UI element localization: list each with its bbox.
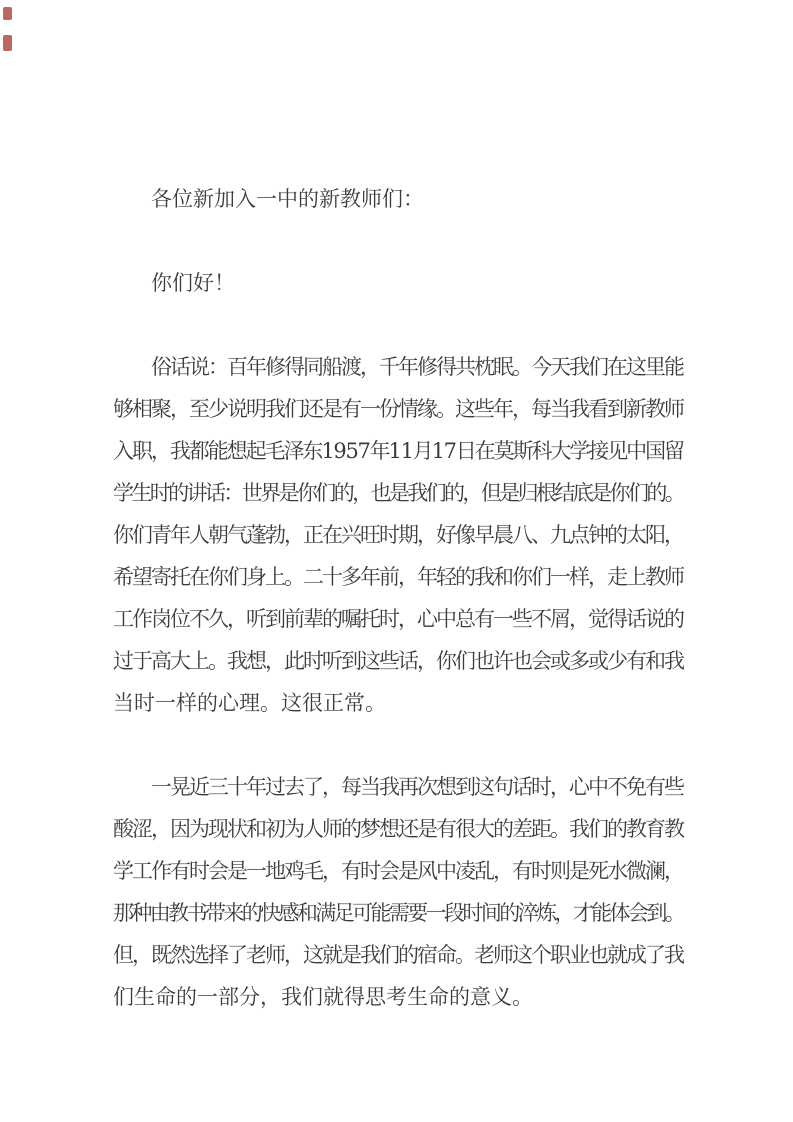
paragraph: 俗话说：百年修得同船渡，千年修得共枕眠。今天我们在这里能够相聚，至少说明我们还是… (113, 346, 683, 724)
text-line: 希望寄托在你们身上。二十多年前，年轻的我和你们一样，走上教师 (113, 556, 683, 598)
text-line: 学工作有时会是一地鸡毛，有时会是风中凌乱，有时则是死水微澜， (113, 850, 683, 892)
red-artifact-mark-top (3, 7, 12, 20)
paragraph: 你们好！ (113, 262, 683, 304)
text-line: 一晃近三十年过去了，每当我再次想到这句话时，心中不免有些 (113, 766, 683, 808)
text-line: 过于高大上。我想，此时听到这些话，你们也许也会或多或少有和我 (113, 640, 683, 682)
text-line: 入职，我都能想起毛泽东1957年11月17日在莫斯科大学接见中国留 (113, 430, 683, 472)
text-line: 们生命的一部分，我们就得思考生命的意义。 (113, 976, 683, 1018)
text-line: 够相聚，至少说明我们还是有一份情缘。这些年，每当我看到新教师 (113, 388, 683, 430)
paragraph: 各位新加入一中的新教师们： (113, 178, 683, 220)
text-line: 俗话说：百年修得同船渡，千年修得共枕眠。今天我们在这里能 (113, 346, 683, 388)
paragraph: 一晃近三十年过去了，每当我再次想到这句话时，心中不免有些酸涩，因为现状和初为人师… (113, 766, 683, 1018)
text-line: 各位新加入一中的新教师们： (113, 178, 683, 220)
text-line: 那种由教书带来的快感和满足可能需要一段时间的淬炼，才能体会到。 (113, 892, 683, 934)
text-line: 你们青年人朝气蓬勃，正在兴旺时期，好像早晨八、九点钟的太阳， (113, 514, 683, 556)
text-line: 你们好！ (113, 262, 683, 304)
text-line: 但，既然选择了老师，这就是我们的宿命。老师这个职业也就成了我 (113, 934, 683, 976)
red-artifact-mark-bottom (3, 35, 12, 51)
document-page: 各位新加入一中的新教师们：你们好！俗话说：百年修得同船渡，千年修得共枕眠。今天我… (0, 0, 793, 1122)
document-content: 各位新加入一中的新教师们：你们好！俗话说：百年修得同船渡，千年修得共枕眠。今天我… (113, 178, 683, 1060)
text-line: 酸涩，因为现状和初为人师的梦想还是有很大的差距。我们的教育教 (113, 808, 683, 850)
text-line: 工作岗位不久，听到前辈的嘱托时，心中总有一些不屑，觉得话说的 (113, 598, 683, 640)
text-line: 当时一样的心理。这很正常。 (113, 682, 683, 724)
text-line: 学生时的讲话：世界是你们的，也是我们的，但是归根结底是你们的。 (113, 472, 683, 514)
